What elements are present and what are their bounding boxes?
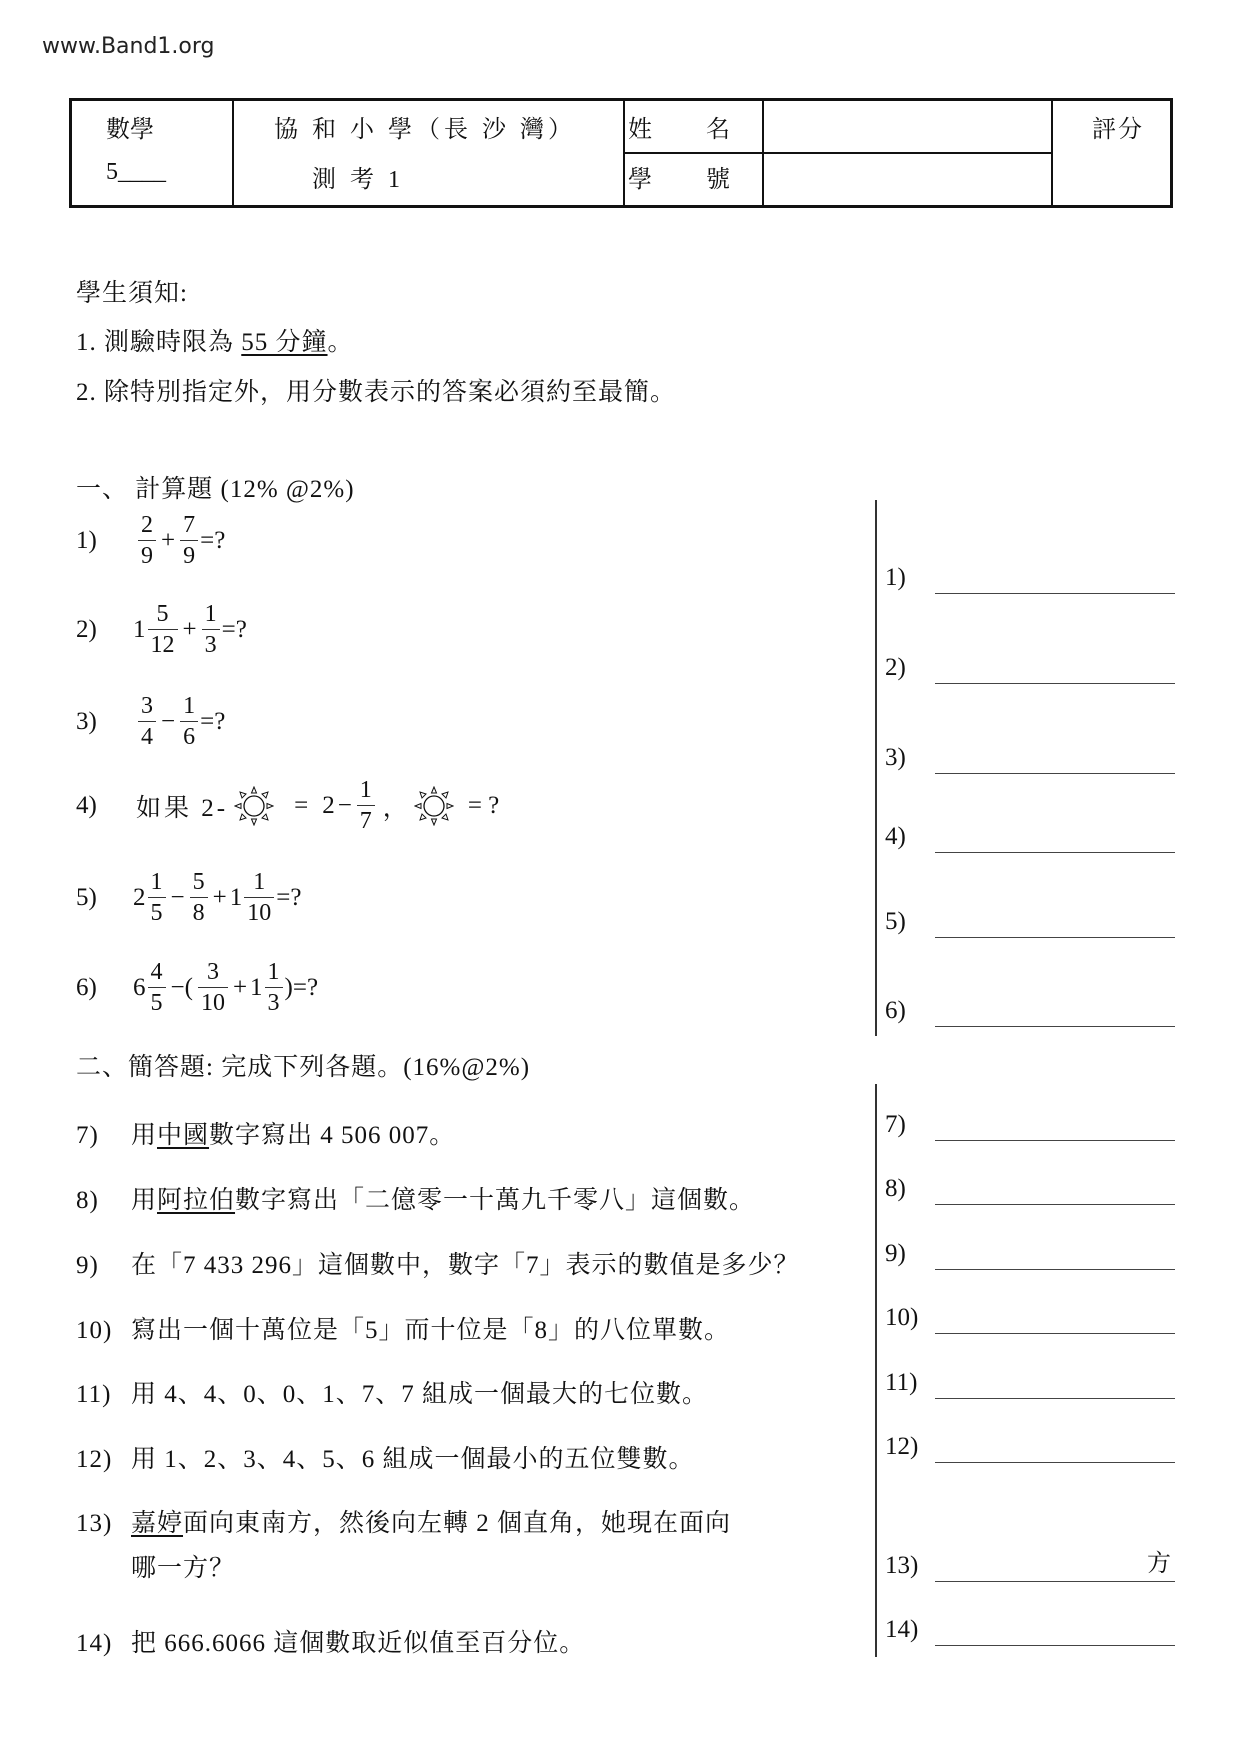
answer-field-3[interactable]: 3) (885, 740, 1175, 774)
question-4: 4) 如果 2- = 2 − 17 ， (76, 778, 499, 833)
site-url: www.Band1.org (42, 34, 215, 59)
answer-line[interactable] (935, 1645, 1175, 1646)
answer-field-7[interactable]: 7) (885, 1107, 1175, 1141)
student-no-field[interactable] (768, 157, 1048, 203)
question-5: 5) 2 15 − 58 + 1 110 =? (76, 870, 301, 925)
answer-line[interactable] (935, 1398, 1175, 1399)
answer-line[interactable] (935, 1026, 1175, 1027)
question-14: 14)把 666.6066 這個數取近似值至百分位。 (76, 1623, 585, 1659)
answer-field-13[interactable]: 13)方 (885, 1548, 1175, 1582)
answer-line[interactable] (935, 593, 1175, 594)
question-7: 7)用中國數字寫出 4 506 007。 (76, 1115, 455, 1151)
section1-title: 一、 計算題 (12% @2%) (76, 469, 355, 505)
answer-line[interactable] (935, 773, 1175, 774)
question-13-line2: 哪一方？ (131, 1548, 235, 1584)
notes-title: 學生須知: (76, 273, 188, 309)
test-name: 測 考 1 (312, 159, 404, 194)
header-table: 數學 5____ 協 和 小 學（長 沙 灣） 測 考 1 姓 名 學 號 評分 (69, 98, 1173, 208)
score-label: 評分 (1092, 109, 1144, 144)
name-label: 姓 名 (628, 109, 730, 144)
answer-field-9[interactable]: 9) (885, 1236, 1175, 1270)
answer-field-10[interactable]: 10) (885, 1300, 1175, 1334)
section2-title: 二、簡答題: 完成下列各題。(16%@2%) (76, 1047, 530, 1083)
score-field[interactable] (1057, 151, 1167, 201)
answer-line[interactable] (935, 1581, 1175, 1582)
student-no-label: 學 號 (628, 159, 730, 194)
answer-field-6[interactable]: 6) (885, 993, 1175, 1027)
answer-field-5[interactable]: 5) (885, 904, 1175, 938)
question-2: 2) 1 512 + 13 =? (76, 602, 247, 657)
time-limit: 55 分鐘 (241, 329, 327, 356)
answer-line[interactable] (935, 1140, 1175, 1141)
question-1: 1) 29 + 79 =? (76, 513, 225, 568)
answer-line[interactable] (935, 852, 1175, 853)
question-3: 3) 34 − 16 =? (76, 694, 225, 749)
name-field[interactable] (768, 103, 1048, 149)
question-9: 9)在「7 433 296」這個數中，數字「7」表示的數值是多少？ (76, 1245, 800, 1281)
grade-label: 5____ (106, 159, 166, 186)
answer-field-1[interactable]: 1) (885, 560, 1175, 594)
answer-field-2[interactable]: 2) (885, 650, 1175, 684)
answer-line[interactable] (935, 1269, 1175, 1270)
direction-suffix: 方 (1147, 1543, 1171, 1578)
question-6: 6) 6 45 −( 310 + 1 13 )=? (76, 960, 318, 1015)
answer-field-4[interactable]: 4) (885, 819, 1175, 853)
note-item: 2. 除特別指定外，用分數表示的答案必須約至最簡。 (76, 372, 676, 408)
answer-line[interactable] (935, 1333, 1175, 1334)
answer-column-divider (875, 500, 877, 1036)
sun-icon (414, 786, 454, 826)
note-item: 1. 測驗時限為 55 分鐘。 (76, 322, 354, 358)
question-10: 10)寫出一個十萬位是「5」而十位是「8」的八位單數。 (76, 1310, 730, 1346)
question-11: 11)用 4、4、0、0、1、7、7 組成一個最大的七位數。 (76, 1374, 708, 1410)
answer-line[interactable] (935, 937, 1175, 938)
divider (232, 101, 234, 205)
answer-line[interactable] (935, 1462, 1175, 1463)
school-name: 協 和 小 學（長 沙 灣） (274, 109, 576, 144)
question-12: 12)用 1、2、3、4、5、6 組成一個最小的五位雙數。 (76, 1439, 695, 1475)
divider (623, 152, 1053, 154)
answer-field-12[interactable]: 12) (885, 1429, 1175, 1463)
question-8: 8)用阿拉伯數字寫出「二億零一十萬九千零八」這個數。 (76, 1180, 755, 1216)
subject-label: 數學 (106, 109, 154, 144)
sun-icon (234, 786, 274, 826)
answer-field-8[interactable]: 8) (885, 1171, 1175, 1205)
question-13: 13)嘉婷面向東南方，然後向左轉 2 個直角，她現在面向 (76, 1503, 731, 1539)
answer-line[interactable] (935, 683, 1175, 684)
answer-field-14[interactable]: 14) (885, 1612, 1175, 1646)
answer-column-divider (875, 1084, 877, 1657)
answer-field-11[interactable]: 11) (885, 1365, 1175, 1399)
answer-line[interactable] (935, 1204, 1175, 1205)
